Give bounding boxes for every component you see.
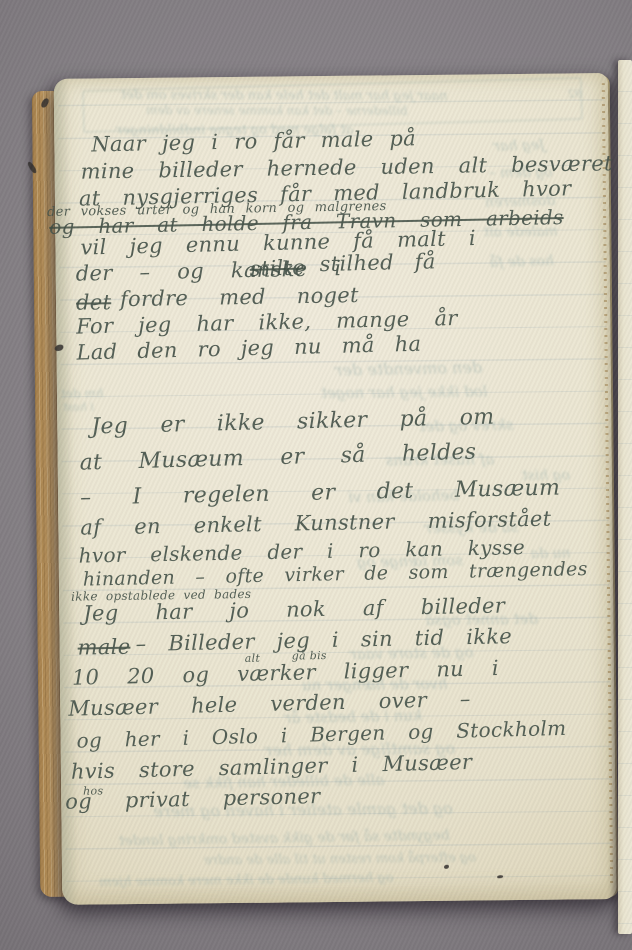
photograph-background: naar jeg har malt det hele kan der skriv… <box>0 0 632 950</box>
page-stack: naar jeg har malt det hele kan der skriv… <box>0 0 632 950</box>
adjacent-page-edge <box>618 60 632 934</box>
notebook-page <box>54 73 617 905</box>
perforation-dots <box>602 83 613 887</box>
ruled-lines <box>58 81 612 895</box>
